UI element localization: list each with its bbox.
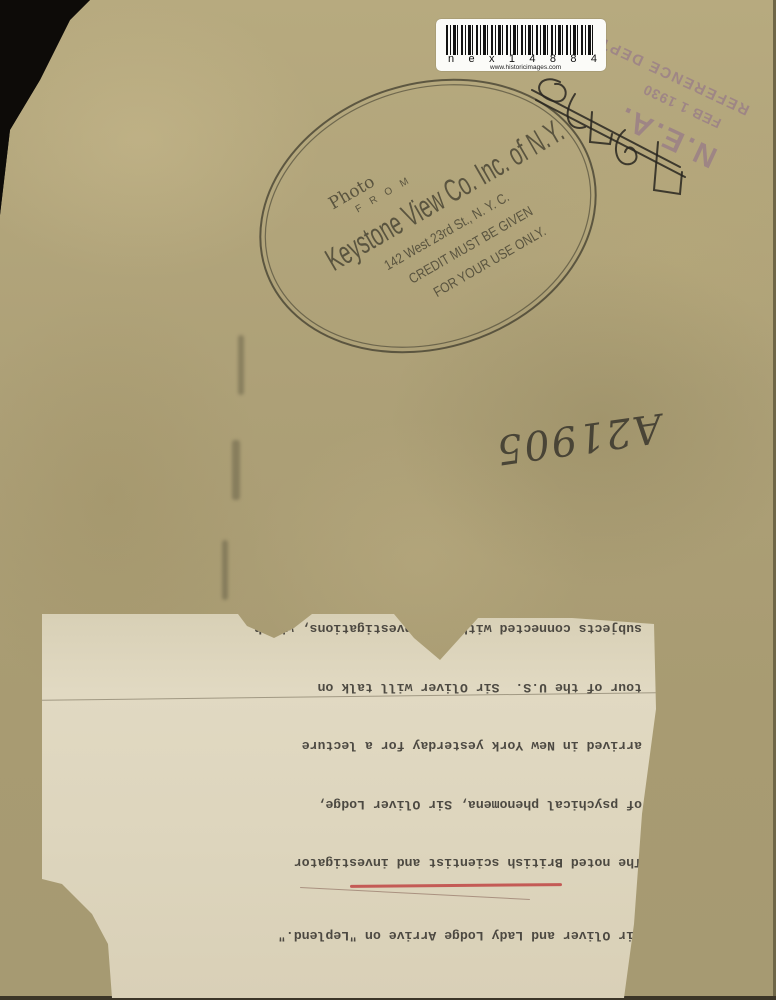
caption-line: The noted British scientist and investig… — [102, 853, 642, 873]
caption-clipping: Sir Oliver and Lady Lodge Arrive on "Lep… — [42, 614, 658, 998]
barcode-char: 4 — [591, 53, 598, 65]
caption-line: arrived in New York yesterday for a lect… — [102, 736, 642, 756]
caption-headline: Sir Oliver and Lady Lodge Arrive on "Lep… — [102, 926, 642, 946]
barcode-char: 8 — [570, 53, 577, 65]
caption-line: subjects connected with his investigatio… — [102, 619, 642, 639]
pencil-smudge — [232, 440, 240, 500]
handwritten-lot-scribble-icon — [530, 72, 710, 202]
caption-text: Sir Oliver and Lady Lodge Arrive on "Lep… — [102, 684, 642, 984]
pencil-smudge — [222, 540, 228, 600]
pencil-smudge — [238, 335, 244, 395]
caption-line: of psychical phenomena, Sir Oliver Lodge… — [102, 795, 642, 815]
caption-line: tour of the U.S. Sir Oliver will talk on — [102, 678, 642, 698]
